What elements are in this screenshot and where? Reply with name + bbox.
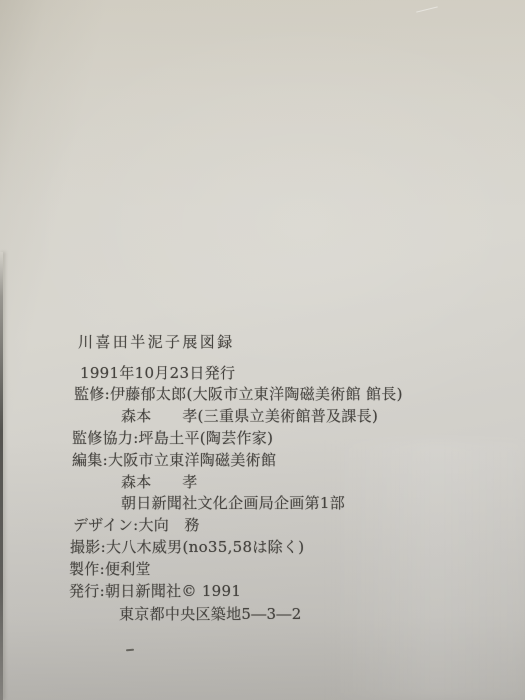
colophon-line-editor-1: 編集:大阪市立東洋陶磁美術館: [72, 453, 276, 468]
colophon-line-production: 製作:便利堂: [69, 562, 151, 577]
colophon-line-cooperation: 監修協力:坪島土平(陶芸作家): [72, 431, 273, 446]
paper-scratch: [416, 6, 438, 12]
colophon-line-supervisor-1: 監修:伊藤郁太郎(大阪市立東洋陶磁美術館 館長): [74, 387, 403, 402]
paper-sheen: [325, 440, 525, 700]
colophon-line-issue-date: 1991年10月23日発行: [80, 366, 235, 381]
photographed-book-page: 川喜田半泥子展図録 1991年10月23日発行 監修:伊藤郁太郎(大阪市立東洋陶…: [0, 0, 525, 700]
catalog-title: 川喜田半泥子展図録: [78, 335, 235, 350]
colophon-line-editor-2: 森本 孝: [121, 475, 198, 490]
colophon-line-designer: デザイン:大向 務: [73, 518, 200, 533]
page-edge-shadow: [0, 252, 3, 700]
colophon-line-publisher: 発行:朝日新聞社© 1991: [69, 584, 241, 599]
colophon-line-supervisor-2: 森本 孝(三重県立美術館普及課長): [121, 409, 378, 424]
colophon-line-address: 東京都中央区築地5―3―2: [119, 607, 302, 622]
colophon-line-editor-3: 朝日新聞社文化企画局企画第1部: [121, 496, 345, 511]
colophon-line-photographer: 撮影:大八木威男(no35,58は除く): [70, 540, 304, 555]
paper-speck: [126, 649, 134, 652]
